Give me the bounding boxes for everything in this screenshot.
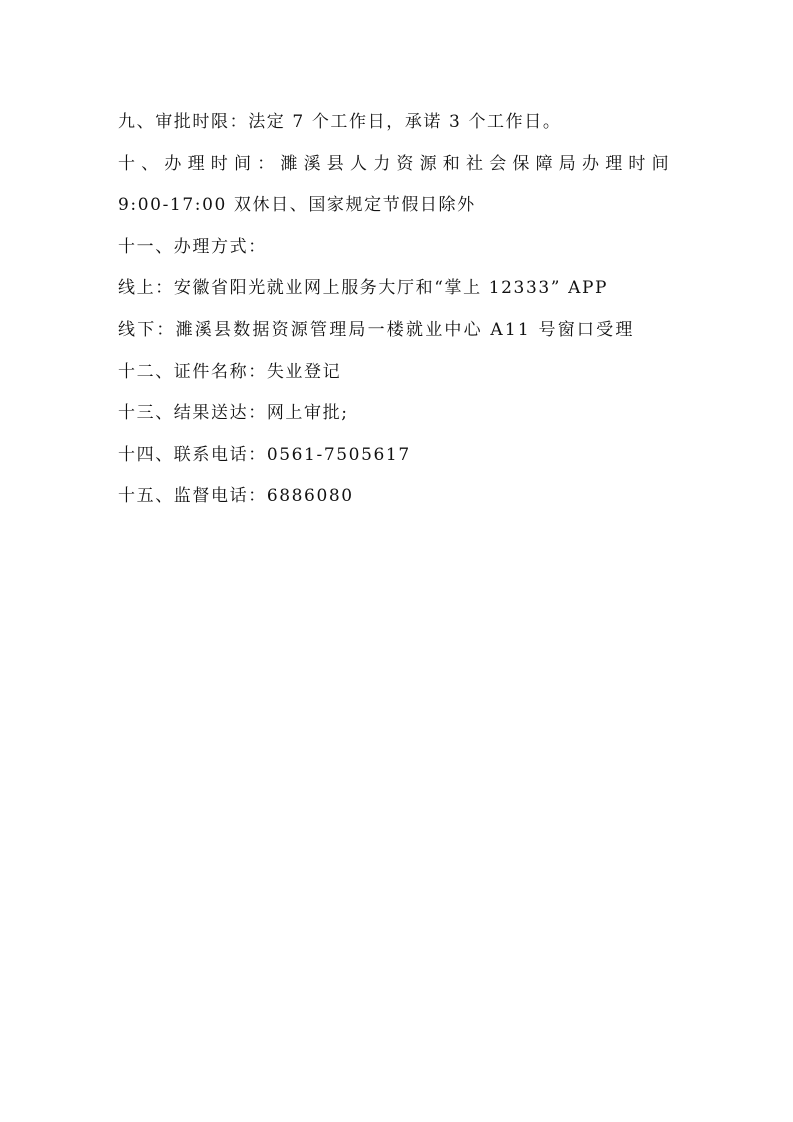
office-hours-value: 濉溪县人力资源和社会保障局办理时间 bbox=[280, 154, 674, 174]
certificate-name-line: 十二、证件名称：失业登记 bbox=[118, 352, 678, 394]
offline-method-line: 线下：濉溪县数据资源管理局一楼就业中心 A11 号窗口受理 bbox=[118, 310, 678, 352]
document-body: 九、审批时限：法定 7 个工作日，承诺 3 个工作日。 十、办理时间：濉溪县人力… bbox=[118, 102, 678, 518]
result-delivery-value: 网上审批; bbox=[267, 403, 349, 423]
online-method-line: 线上：安徽省阳光就业网上服务大厅和“掌上 12333” APP bbox=[118, 268, 678, 310]
handling-method-heading: 十一、办理方式： bbox=[118, 227, 678, 269]
contact-phone-label: 十四、联系电话： bbox=[118, 445, 267, 465]
approval-time-limit-value: 法定 7 个工作日，承诺 3 个工作日。 bbox=[248, 112, 561, 132]
online-method-value: 安徽省阳光就业网上服务大厅和“掌上 12333” APP bbox=[174, 278, 608, 298]
result-delivery-line: 十三、结果送达：网上审批; bbox=[118, 393, 678, 435]
handling-method-label: 十一、办理方式： bbox=[118, 237, 267, 257]
supervision-phone-value: 6886080 bbox=[267, 486, 354, 506]
contact-phone-value: 0561-7505617 bbox=[267, 445, 411, 465]
certificate-name-value: 失业登记 bbox=[267, 362, 341, 382]
offline-method-label: 线下： bbox=[118, 320, 176, 340]
online-method-label: 线上： bbox=[118, 278, 174, 298]
approval-time-limit-line: 九、审批时限：法定 7 个工作日，承诺 3 个工作日。 bbox=[118, 102, 678, 144]
result-delivery-label: 十三、结果送达： bbox=[118, 403, 267, 423]
office-hours-line: 十、办理时间：濉溪县人力资源和社会保障局办理时间 bbox=[118, 144, 678, 186]
office-hours-label: 十、办理时间： bbox=[118, 154, 280, 174]
office-hours-continued-line: 9:00-17:00 双休日、国家规定节假日除外 bbox=[118, 185, 678, 227]
office-hours-continued-value: 9:00-17:00 双休日、国家规定节假日除外 bbox=[118, 195, 476, 215]
contact-phone-line: 十四、联系电话：0561-7505617 bbox=[118, 435, 678, 477]
approval-time-limit-label: 九、审批时限： bbox=[118, 112, 248, 132]
offline-method-value: 濉溪县数据资源管理局一楼就业中心 A11 号窗口受理 bbox=[176, 320, 635, 340]
supervision-phone-line: 十五、监督电话：6886080 bbox=[118, 476, 678, 518]
document-page: 九、审批时限：法定 7 个工作日，承诺 3 个工作日。 十、办理时间：濉溪县人力… bbox=[0, 0, 793, 1122]
certificate-name-label: 十二、证件名称： bbox=[118, 362, 267, 382]
supervision-phone-label: 十五、监督电话： bbox=[118, 486, 267, 506]
